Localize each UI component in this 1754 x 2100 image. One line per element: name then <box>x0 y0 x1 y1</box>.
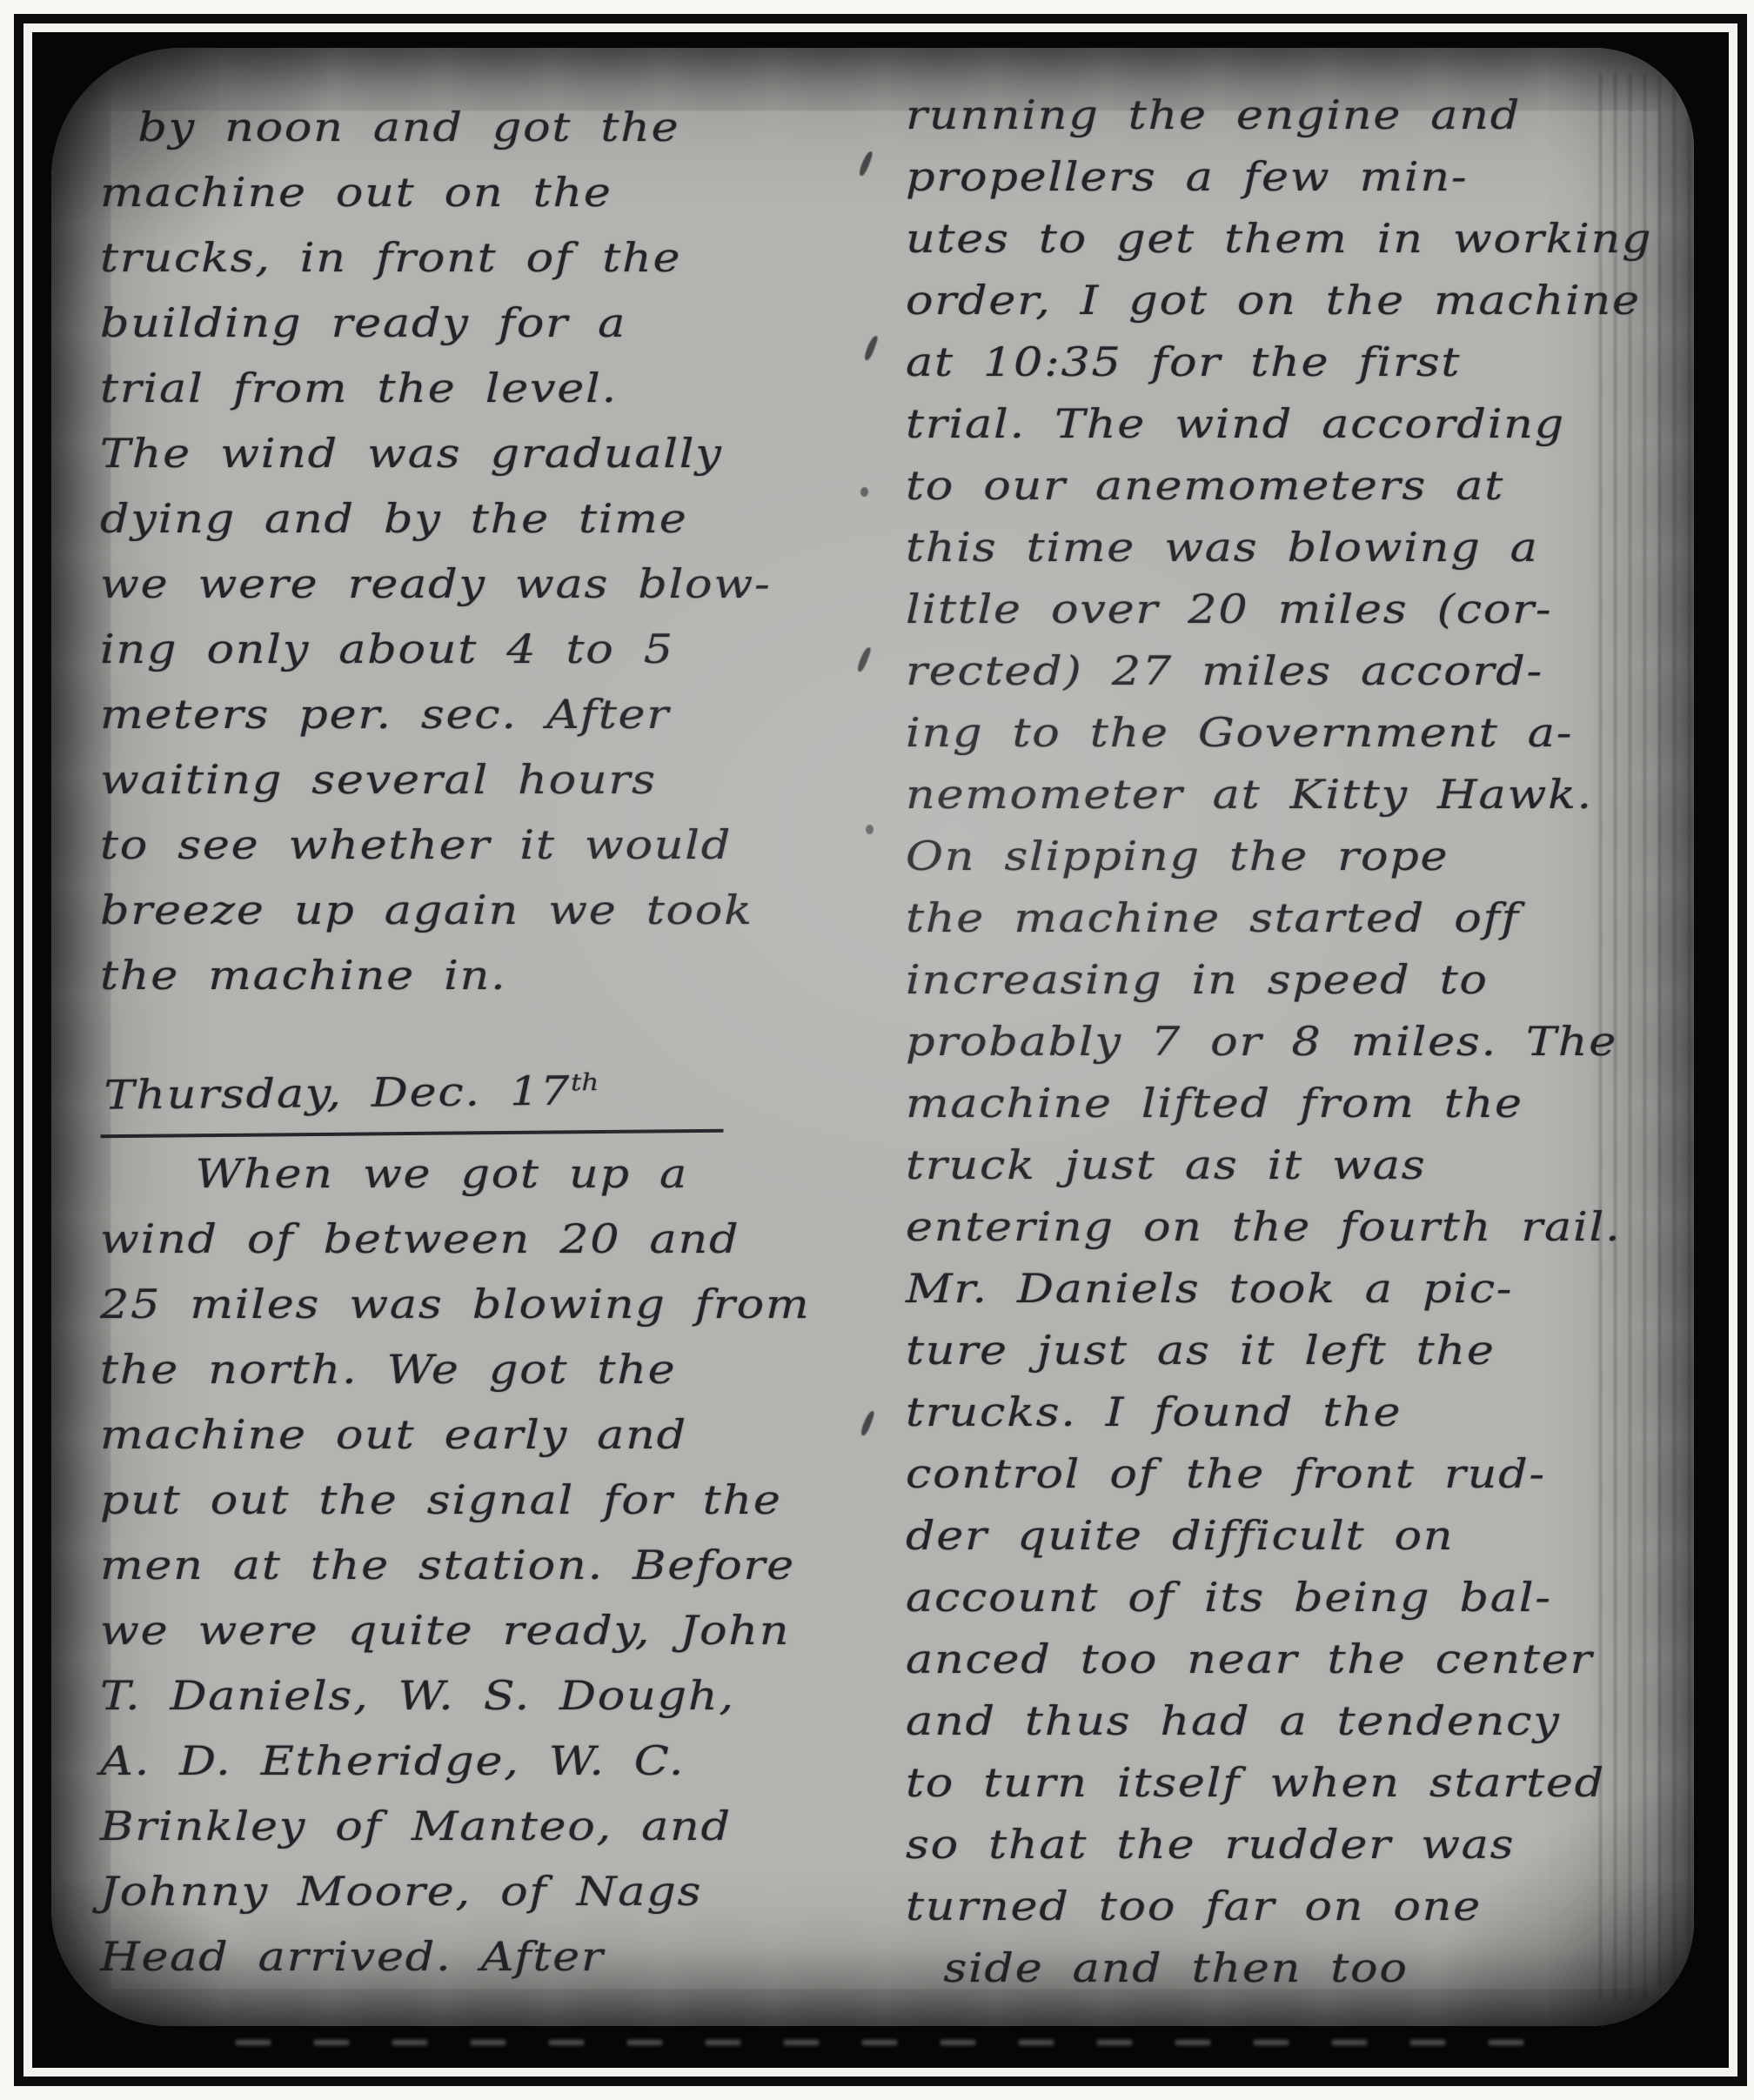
ink-fleck <box>863 335 879 362</box>
handwritten-line: building ready for a <box>100 291 810 356</box>
right-column-lines: running the engine andpropellers a few m… <box>906 84 1652 1999</box>
handwritten-line: the north. We got the <box>100 1337 810 1402</box>
handwritten-line: turned too far on one <box>906 1876 1652 1937</box>
handwritten-line: so that the rudder was <box>906 1814 1652 1876</box>
handwritten-line: put out the signal for the <box>100 1468 810 1533</box>
handwritten-line: this time was blowing a <box>906 517 1652 579</box>
right-column: running the engine andpropellers a few m… <box>906 84 1652 1999</box>
handwritten-line: 25 miles was blowing from <box>100 1272 810 1337</box>
handwritten-line: meters per. sec. After <box>100 682 810 747</box>
entry-date-heading: Thursday, Dec. 17th <box>100 1052 810 1117</box>
handwritten-line: Johnny Moore, of Nags <box>100 1859 810 1924</box>
handwritten-line: breeze up again we took <box>100 878 810 943</box>
handwritten-line: truck just as it was <box>906 1134 1652 1196</box>
handwritten-line: ture just as it left the <box>906 1320 1652 1381</box>
handwritten-line: to our anemometers at <box>906 455 1652 517</box>
handwritten-line: A. D. Etheridge, W. C. <box>100 1729 810 1794</box>
handwritten-line: propellers a few min- <box>906 146 1652 208</box>
handwritten-line: account of its being bal- <box>906 1567 1652 1629</box>
photo-background: by noon and got themachine out on thetru… <box>32 32 1729 2068</box>
handwritten-line: we were ready was blow- <box>100 552 810 617</box>
handwritten-line: we were quite ready, John <box>100 1598 810 1663</box>
handwritten-line: running the engine and <box>906 84 1652 146</box>
heading-ordinal-suffix: th <box>571 1069 599 1096</box>
handwritten-line: waiting several hours <box>100 747 810 813</box>
handwritten-line: to see whether it would <box>100 813 810 878</box>
handwritten-line: ing only about 4 to 5 <box>100 617 810 682</box>
ink-fleck <box>866 825 874 834</box>
handwritten-line: probably 7 or 8 miles. The <box>906 1011 1652 1073</box>
left-column: by noon and got themachine out on thetru… <box>100 95 810 1990</box>
ink-fleck <box>860 487 868 497</box>
handwritten-line: machine out early and <box>100 1402 810 1468</box>
handwritten-line: ing to the Government a- <box>906 702 1652 764</box>
handwritten-line: control of the front rud- <box>906 1443 1652 1505</box>
handwritten-line: trucks. I found the <box>906 1381 1652 1443</box>
handwritten-line: When we got up a <box>100 1141 810 1207</box>
handwritten-line: by noon and got the <box>100 95 810 160</box>
handwritten-line: utes to get them in working <box>906 208 1652 270</box>
handwritten-line: the machine in. <box>100 943 810 1008</box>
handwritten-line: Brinkley of Manteo, and <box>100 1794 810 1859</box>
handwritten-line: anced too near the center <box>906 1629 1652 1690</box>
handwritten-line: The wind was gradually <box>100 421 810 486</box>
handwritten-line: the machine started off <box>906 887 1652 949</box>
ink-fleck <box>860 1410 875 1437</box>
plate-frame: by noon and got themachine out on thetru… <box>14 14 1747 2086</box>
handwritten-line: trial. The wind according <box>906 393 1652 455</box>
heading-underline: Thursday, Dec. 17th <box>99 1049 723 1139</box>
handwritten-line: trucks, in front of the <box>100 225 810 291</box>
handwritten-line: entering on the fourth rail. <box>906 1196 1652 1258</box>
handwritten-line: Mr. Daniels took a pic- <box>906 1258 1652 1320</box>
handwritten-line: wind of between 20 and <box>100 1207 810 1272</box>
left-column-upper-lines: by noon and got themachine out on thetru… <box>100 95 810 1008</box>
handwritten-line: men at the station. Before <box>100 1533 810 1598</box>
diary-page: by noon and got themachine out on thetru… <box>51 48 1694 2026</box>
handwritten-line: rected) 27 miles accord- <box>906 640 1652 702</box>
left-column-lower-lines: When we got up awind of between 20 and25… <box>100 1141 810 1990</box>
handwritten-line: order, I got on the machine <box>906 270 1652 331</box>
handwritten-line: at 10:35 for the first <box>906 331 1652 393</box>
handwritten-line: der quite difficult on <box>906 1505 1652 1567</box>
handwritten-line: Head arrived. After <box>100 1924 810 1990</box>
heading-text: Thursday, Dec. 17 <box>104 1067 571 1119</box>
handwritten-line: increasing in speed to <box>906 949 1652 1011</box>
handwritten-line: machine lifted from the <box>906 1073 1652 1134</box>
book-page: { "diary": { "left_column": { "lines_bef… <box>0 0 1754 2100</box>
handwritten-line: to turn itself when started <box>906 1752 1652 1814</box>
handwritten-line: side and then too <box>906 1937 1652 1999</box>
handwritten-line: and thus had a tendency <box>906 1690 1652 1752</box>
handwritten-line: dying and by the time <box>100 486 810 552</box>
handwritten-line: T. Daniels, W. S. Dough, <box>100 1663 810 1729</box>
ink-fleck <box>858 150 874 177</box>
handwritten-line: trial from the level. <box>100 356 810 421</box>
handwritten-line: machine out on the <box>100 160 810 225</box>
ink-fleck <box>856 646 872 673</box>
handwritten-line: On slipping the rope <box>906 826 1652 887</box>
handwritten-line: little over 20 miles (cor- <box>906 579 1652 640</box>
handwritten-line: nemometer at Kitty Hawk. <box>906 764 1652 826</box>
